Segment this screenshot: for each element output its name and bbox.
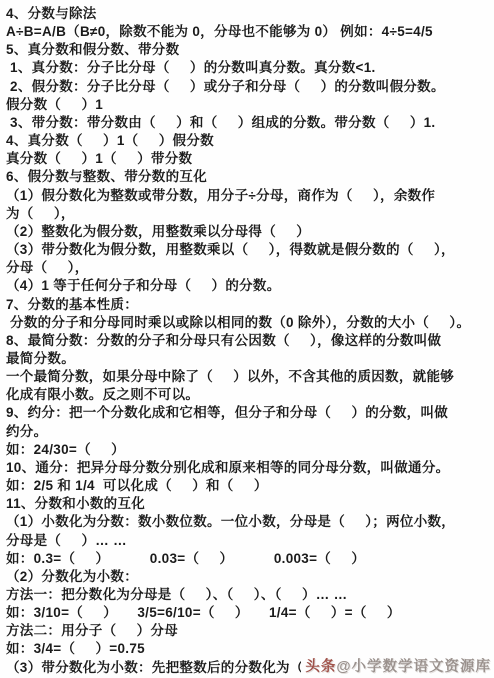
text-line: 10、通分：把异分母分数分别化成和原来相等的同分母分数，叫做通分。 [6, 459, 491, 477]
text-line: 真分数（ ）1（ ）带分数 [6, 150, 491, 168]
text-line: 为（ ）， [6, 205, 491, 223]
text-line: 9、约分：把一个分数化成和它相等，但分子和分母（ ）的分数，叫做 [6, 404, 491, 422]
text-line: 如：3/10=（ ） 3/5=6/10=（ ） 1/4=（ ）=（ ） [6, 604, 491, 622]
text-line: （2）整数化为假分数，用整数乘以分母得（ ） [6, 223, 491, 241]
text-line: 如：2/5 和 1/4 可以化成（ ）和（ ） [6, 477, 491, 495]
text-line: 如：24/30=（ ） [6, 441, 491, 459]
text-line: A÷B=A/B（B≠0，除数不能为 0，分母也不能够为 0） 例如：4÷5=4/… [6, 23, 491, 41]
text-line: 5、真分数和假分数、带分数 [6, 41, 491, 59]
text-line: 化成有限小数。反之则不可以。 [6, 386, 491, 404]
watermark-brand: 头条 [305, 659, 336, 675]
watermark-at-separator: @ [336, 659, 351, 675]
text-line: 4、分数与除法 [6, 5, 491, 23]
document-body: 4、分数与除法A÷B=A/B（B≠0，除数不能为 0，分母也不能够为 0） 例如… [6, 5, 491, 677]
text-line: （2）分数化为小数： [6, 568, 491, 586]
document-page: 4、分数与除法A÷B=A/B（B≠0，除数不能为 0，分母也不能够为 0） 例如… [0, 0, 494, 678]
text-line: 方法二：用分子（ ）分母 [6, 622, 491, 640]
watermark-source-name: 小学数学语文资源库 [352, 659, 492, 675]
watermark: 头条@小学数学语文资源库 [301, 655, 491, 676]
text-line: 1、真分数：分子比分母（ ）的分数叫真分数。真分数<1. [6, 59, 491, 77]
text-line: 分母是（ ）… … [6, 532, 491, 550]
text-line: 3、带分数：带分数由（ ）和（ ）组成的分数。带分数（ ）1. [6, 114, 491, 132]
text-line: 如：0.3=（ ） 0.03=（ ） 0.003=（ ） [6, 550, 491, 568]
text-line: （3）带分数化为假分数，用整数乘以（ ），得数就是假分数的（ ）， [6, 241, 491, 259]
text-line: （4）1 等于任何分子和分母（ ）的分数。 [6, 277, 491, 295]
text-line: 分母（ ）， [6, 259, 491, 277]
text-line: 4、真分数（ ）1（ ）假分数 [6, 132, 491, 150]
text-line: 方法一：把分数化为分母是（ ）、（ ）、（ ）… … [6, 586, 491, 604]
text-line: 一个最简分数，如果分母中除了（ ）以外，不含其他的质因数，就能够 [6, 368, 491, 386]
text-line: （1）假分数化为整数或带分数，用分子÷分母，商作为（ ），余数作 [6, 187, 491, 205]
text-line: 分数的分子和分母同时乘以或除以相同的数（0 除外），分数的大小（ ）。 [6, 314, 491, 332]
text-line: 8、最简分数：分数的分子和分母只有公因数（ ），像这样的分数叫做 [6, 332, 491, 350]
text-line: 6、假分数与整数、带分数的互化 [6, 168, 491, 186]
text-line: 11、分数和小数的互化 [6, 495, 491, 513]
text-line: 最简分数。 [6, 350, 491, 368]
text-line: 2、假分数：分子比分母（ ）或分子和分母（ ）的分数叫假分数。 [6, 78, 491, 96]
text-line: 约分。 [6, 423, 491, 441]
text-line: 7、分数的基本性质： [6, 296, 491, 314]
text-line: 假分数（ ）1 [6, 96, 491, 114]
text-line: （1）小数化为分数：数小数位数。一位小数，分母是（ ）；两位小数， [6, 513, 491, 531]
